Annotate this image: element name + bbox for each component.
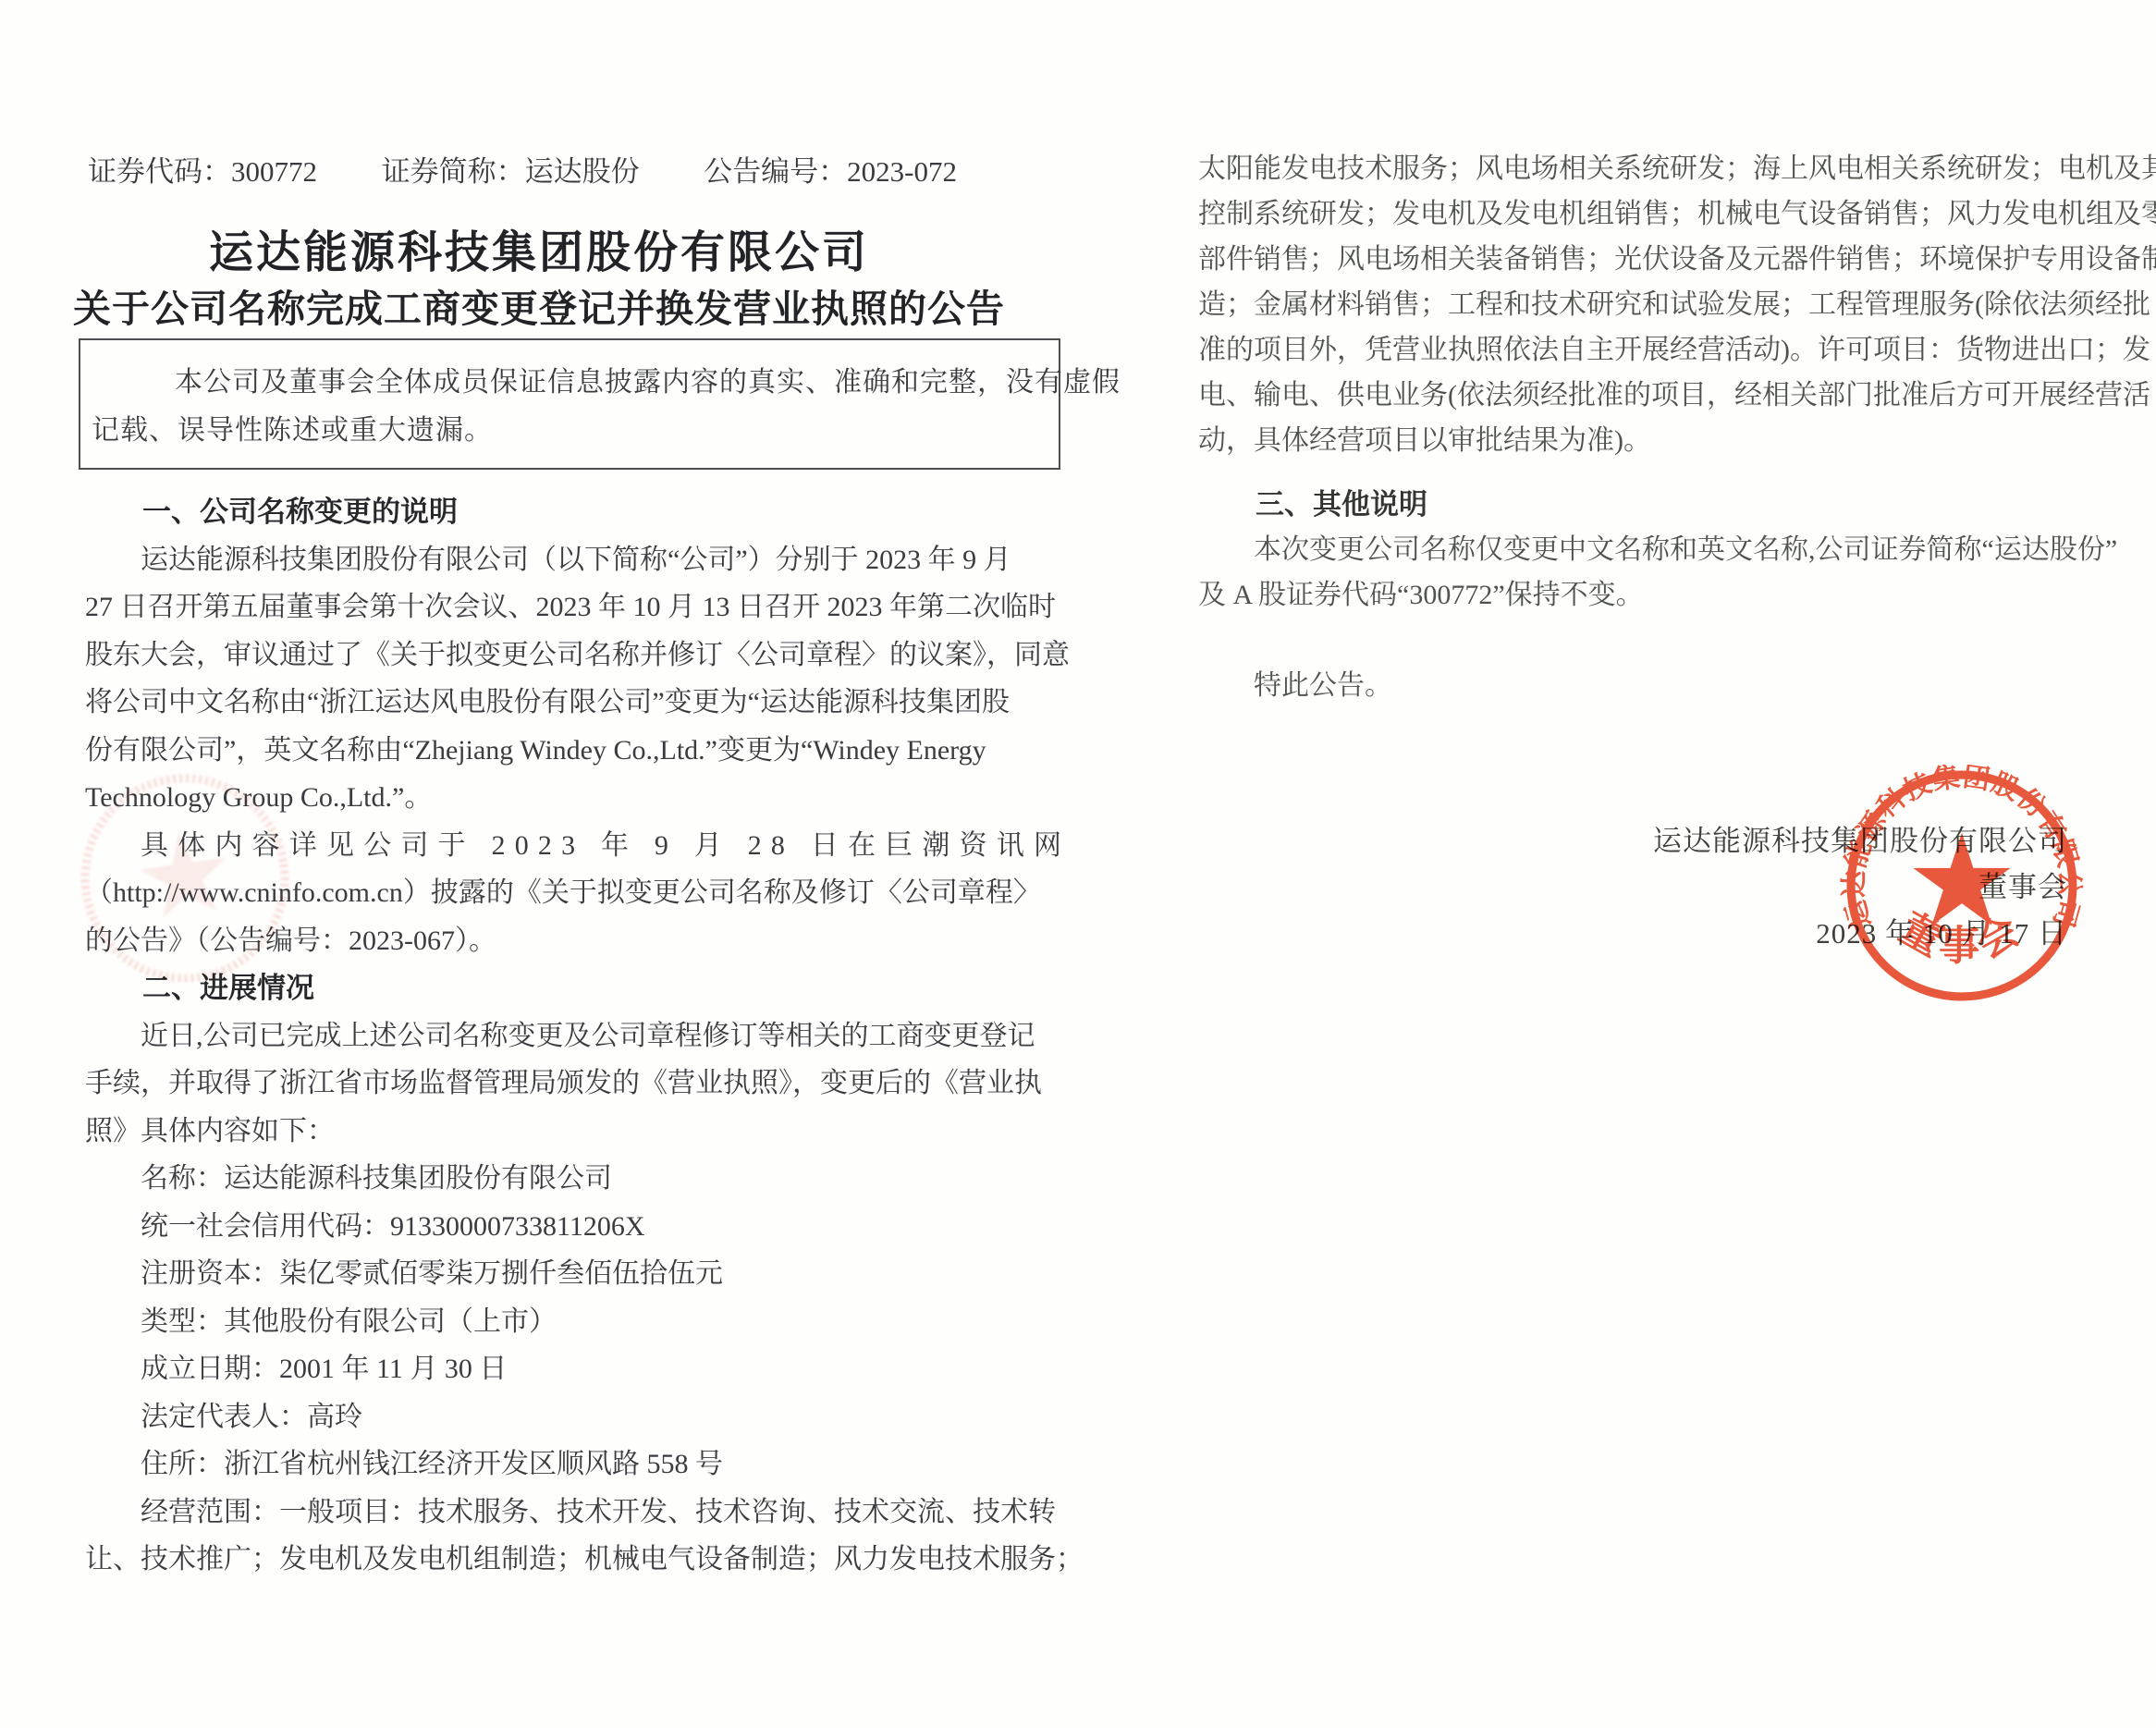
text-line: 近日,公司已完成上述公司名称变更及公司章程修订等相关的工商变更登记 bbox=[85, 1012, 1078, 1060]
text-line: 三、其他说明 bbox=[1198, 482, 2156, 527]
text-line bbox=[1198, 618, 2156, 663]
right-column-text: 太阳能发电技术服务；风电场相关系统研发；海上风电相关系统研发；电机及其控制系统研… bbox=[1198, 146, 2156, 708]
text-line: 运达能源科技集团股份有限公司（以下简称“公司”）分别于 2023 年 9 月 bbox=[85, 536, 1078, 584]
text-line: 手续，并取得了浙江省市场监督管理局颁发的《营业执照》，变更后的《营业执 bbox=[85, 1060, 1078, 1108]
text-line: 住所：浙江省杭州钱江经济开发区顺风路 558 号 bbox=[85, 1440, 1078, 1489]
scanned-announcement-document: { "doc": { "header": { "code": "证券代码：300… bbox=[0, 0, 2156, 1728]
text-line: 控制系统研发；发电机及发电机组销售；机械电气设备销售；风力发电机组及零 bbox=[1198, 191, 2156, 237]
text-line: 股东大会，审议通过了《关于拟变更公司名称并修订〈公司章程〉的议案》，同意 bbox=[85, 631, 1078, 680]
text-line: 准的项目外，凭营业执照依法自主开展经营活动)。许可项目：货物进出口；发 bbox=[1198, 327, 2156, 373]
text-line: 部件销售；风电场相关装备销售；光伏设备及元器件销售；环境保护专用设备制 bbox=[1198, 237, 2156, 282]
text-line: 27 日召开第五届董事会第十次会议、2023 年 10 月 13 日召开 202… bbox=[85, 583, 1078, 631]
security-short-name: 证券简称：运达股份 bbox=[382, 148, 640, 190]
text-line: 本次变更公司名称仅变更中文名称和英文名称,公司证券简称“运达股份” bbox=[1198, 527, 2156, 572]
text-line: 统一社会信用代码：91330000733811206X bbox=[85, 1203, 1078, 1251]
svg-text:董事会: 董事会 bbox=[1893, 905, 2031, 969]
text-line: 造；金属材料销售；工程和技术研究和试验发展；工程管理服务(除依法须经批 bbox=[1198, 282, 2156, 327]
bleed-through-seal bbox=[59, 753, 310, 1003]
text-line: 名称：运达能源科技集团股份有限公司 bbox=[85, 1155, 1078, 1203]
seal-star bbox=[1913, 833, 2010, 925]
right-page: 太阳能发电技术服务；风电场相关系统研发；海上风电相关系统研发；电机及其控制系统研… bbox=[1078, 0, 2156, 1728]
text-line: 注册资本：柒亿零贰佰零柒万捌仟叁佰伍拾伍元 bbox=[85, 1250, 1078, 1298]
disclaimer-box: 本公司及董事会全体成员保证信息披露内容的真实、准确和完整，没有虚假 记载、误导性… bbox=[79, 338, 1060, 470]
disclaimer-line: 本公司及董事会全体成员保证信息披露内容的真实、准确和完整，没有虚假 bbox=[92, 359, 1046, 407]
text-line: 成立日期：2001 年 11 月 30 日 bbox=[85, 1345, 1078, 1393]
security-code: 证券代码：300772 bbox=[88, 148, 317, 190]
company-name-title: 运达能源科技集团股份有限公司 bbox=[0, 216, 1078, 280]
left-column-text: 一、公司名称变更的说明运达能源科技集团股份有限公司（以下简称“公司”）分别于 2… bbox=[85, 488, 1078, 1584]
text-line: 法定代表人：高玲 bbox=[85, 1393, 1078, 1441]
company-seal-stamp: 运达能源科技集团股份有限公司 董事会 bbox=[1838, 765, 2086, 1007]
text-line: 太阳能发电技术服务；风电场相关系统研发；海上风电相关系统研发；电机及其 bbox=[1198, 146, 2156, 191]
text-line: 电、输电、供电业务(依法须经批准的项目，经相关部门批准后方可开展经营活 bbox=[1198, 373, 2156, 418]
text-line: 动，具体经营项目以审批结果为准)。 bbox=[1198, 418, 2156, 463]
text-line: 让、技术推广；发电机及发电机组制造；机械电气设备制造；风力发电技术服务； bbox=[85, 1536, 1078, 1584]
text-line: 一、公司名称变更的说明 bbox=[85, 488, 1078, 536]
text-line: 及 A 股证券代码“300772”保持不变。 bbox=[1198, 572, 2156, 618]
announcement-number: 公告编号：2023-072 bbox=[704, 148, 957, 190]
text-line: 照》具体内容如下： bbox=[85, 1108, 1078, 1156]
seal-bottom-text: 董事会 bbox=[1893, 905, 2031, 969]
announcement-title: 关于公司名称完成工商变更登记并换发营业执照的公告 bbox=[0, 278, 1078, 333]
text-line: 类型：其他股份有限公司（上市） bbox=[85, 1298, 1078, 1346]
text-line: 将公司中文名称由“浙江运达风电股份有限公司”变更为“运达能源科技集团股 bbox=[85, 679, 1078, 727]
disclaimer-line: 记载、误导性陈述或重大遗漏。 bbox=[92, 407, 1046, 455]
text-line: 特此公告。 bbox=[1198, 663, 2156, 708]
text-line: 经营范围：一般项目：技术服务、技术开发、技术咨询、技术交流、技术转 bbox=[85, 1489, 1078, 1537]
ghost-seal-star bbox=[135, 827, 232, 920]
left-page: 证券代码：300772 证券简称：运达股份 公告编号：2023-072 运达能源… bbox=[0, 0, 1078, 1728]
header-row: 证券代码：300772 证券简称：运达股份 公告编号：2023-072 bbox=[88, 148, 957, 190]
